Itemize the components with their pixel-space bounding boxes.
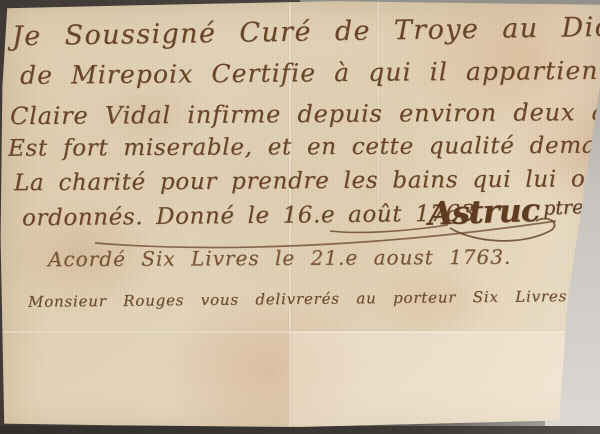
paper-tone-patch xyxy=(290,331,566,426)
backdrop-bottom xyxy=(0,426,600,434)
manuscript-line-4: Est fort miserable, et en cette qualité … xyxy=(8,132,600,162)
fold-crease-horizontal xyxy=(0,330,600,334)
signature-name: Astruc xyxy=(427,191,539,233)
signature: Astrucptre xyxy=(427,189,584,232)
manuscript-line-3: Claire Vidal infirme depuis environ deux… xyxy=(10,98,600,130)
signature-title-abbreviation: ptre xyxy=(543,196,584,219)
manuscript-line-6-dateline: ordonnés. Donné le 16.e août 1763 xyxy=(22,201,476,232)
manuscript-line-8-payment-order: Monsieur Rouges vous delivrerés au porte… xyxy=(28,287,567,311)
manuscript-line-7-grant-note: Acordé Six Livres le 21.e aoust 1763. xyxy=(48,245,511,271)
document-paper: Je Soussigné Curé de Troye au Diocèse de… xyxy=(0,0,600,434)
manuscript-line-1: Je Soussigné Curé de Troye au Diocèse xyxy=(12,11,600,52)
manuscript-photo: Je Soussigné Curé de Troye au Diocèse de… xyxy=(0,0,600,434)
manuscript-line-2: de Mirepoix Certifie à qui il appartient… xyxy=(20,55,600,90)
